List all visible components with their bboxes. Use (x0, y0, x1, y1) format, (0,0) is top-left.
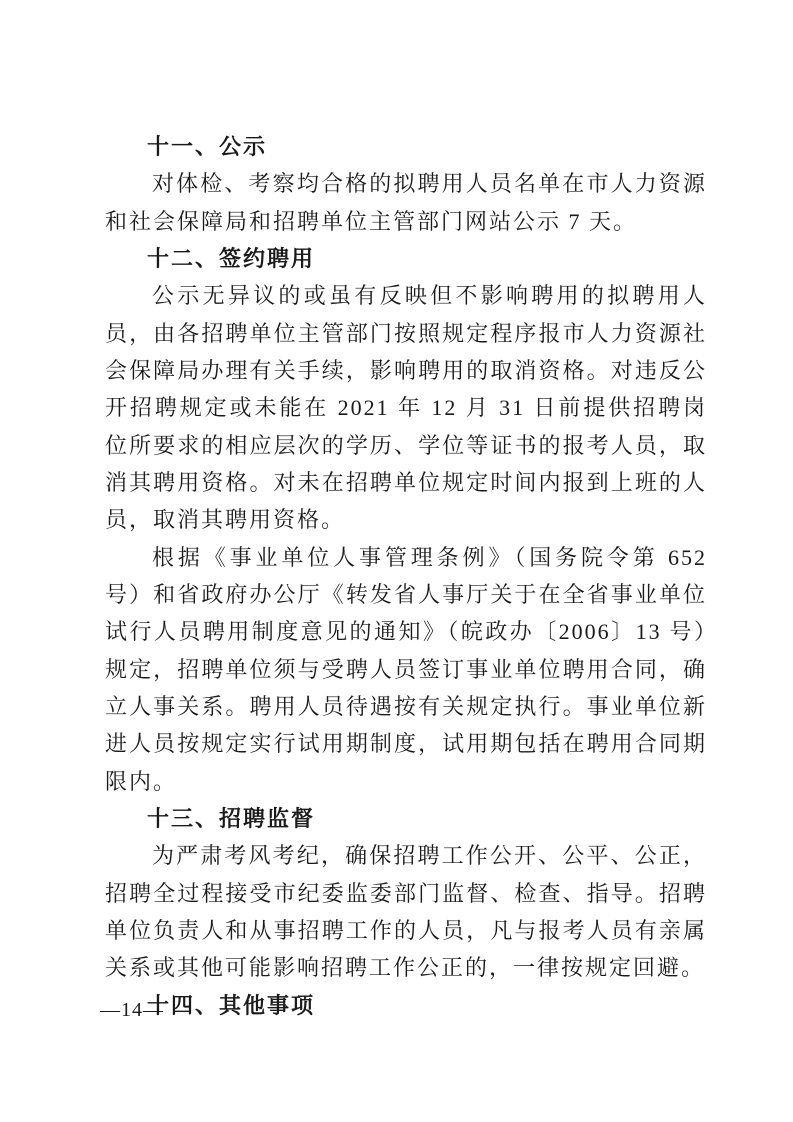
section-12-paragraph-1: 公示无异议的或虽有反映但不影响聘用的拟聘用人员，由各招聘单位主管部门按照规定程序… (105, 277, 707, 538)
section-heading-13: 十三、招聘监督 (105, 800, 707, 837)
section-12-paragraph-2: 根据《事业单位人事管理条例》（国务院令第 652 号）和省政府办公厅《转发省人事… (105, 539, 707, 800)
section-11-paragraph-1: 对体检、考察均合格的拟聘用人员名单在市人力资源和社会保障局和招聘单位主管部门网站… (105, 165, 707, 240)
section-heading-14: 十四、其他事项 (105, 987, 707, 1024)
page-number: —14— (100, 999, 164, 1022)
document-page: 十一、公示 对体检、考察均合格的拟聘用人员名单在市人力资源和社会保障局和招聘单位… (0, 0, 793, 1122)
section-heading-11: 十一、公示 (105, 128, 707, 165)
section-heading-12: 十二、签约聘用 (105, 240, 707, 277)
document-body: 十一、公示 对体检、考察均合格的拟聘用人员名单在市人力资源和社会保障局和招聘单位… (105, 128, 707, 1024)
section-13-paragraph-1: 为严肃考风考纪，确保招聘工作公开、公平、公正，招聘全过程接受市纪委监委部门监督、… (105, 837, 707, 986)
